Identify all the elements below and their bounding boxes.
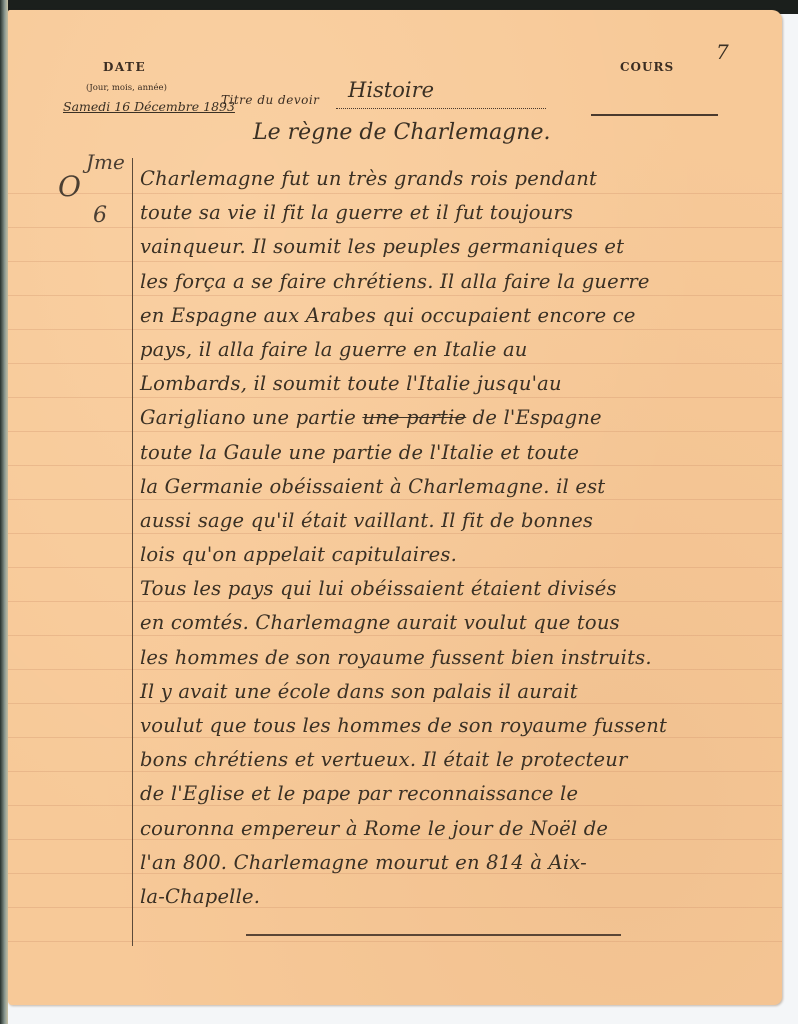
essay-line: aussi sage qu'il était vaillant. Il fit … [140,504,780,538]
essay-line: la Germanie obéissaient à Charlemagne. i… [140,470,780,504]
grade-rank: Jme [86,150,125,174]
essay-line: la-Chapelle. [140,880,780,914]
margin-line [132,158,133,946]
essay-line: Tous les pays qui lui obéissaient étaien… [140,572,780,606]
title-underline [336,108,546,109]
essay-body: Charlemagne fut un très grands rois pend… [140,162,780,914]
essay-line: couronna empereur à Rome le jour de Noël… [140,812,780,846]
date-value: Samedi 16 Décembre 1893 [63,99,235,114]
title-value: Histoire [348,78,434,102]
essay-line: vainqueur. Il soumit les peuples germani… [140,230,780,264]
page-number: 7 [716,40,729,64]
scanner-left-edge [0,0,8,1024]
notebook-page: DATE (Jour, mois, année) Samedi 16 Décem… [8,10,782,1005]
text-after: de l'Espagne [466,406,602,429]
essay-line: lois qu'on appelait capitulaires. [140,538,780,572]
essay-line: voulut que tous les hommes de son royaum… [140,709,780,743]
essay-line: de l'Eglise et le pape par reconnaissanc… [140,777,780,811]
essay-line: Charlemagne fut un très grands rois pend… [140,162,780,196]
title-label: Titre du devoir [221,93,319,107]
date-sublabel: (Jour, mois, année) [86,83,167,93]
essay-line: en Espagne aux Arabes qui occupaient enc… [140,299,780,333]
essay-line: Lombards, il soumit toute l'Italie jusqu… [140,367,780,401]
essay-line: les hommes de son royaume fussent bien i… [140,641,780,675]
essay-line: toute sa vie il fit la guerre et il fut … [140,196,780,230]
date-label: DATE [103,60,146,74]
end-of-essay-rule [246,934,621,936]
essay-line: Il y avait une école dans son palais il … [140,675,780,709]
course-underline [591,114,718,116]
essay-line: en comtés. Charlemagne aurait voulut que… [140,606,780,640]
essay-line-with-correction: Garigliano une partie une partie de l'Es… [140,401,780,435]
grade-score: 6 [93,203,107,228]
essay-line: bons chrétiens et vertueux. Il était le … [140,743,780,777]
essay-line: les força a se faire chrétiens. Il alla … [140,265,780,299]
course-label: COURS [620,60,674,74]
essay-line: l'an 800. Charlemagne mourut en 814 à Ai… [140,846,780,880]
essay-line: toute la Gaule une partie de l'Italie et… [140,436,780,470]
grade-mark: O [58,170,81,203]
essay-title: Le règne de Charlemagne. [253,120,550,145]
text-before: Garigliano une partie [140,406,362,429]
essay-line: pays, il alla faire la guerre en Italie … [140,333,780,367]
struck-text: une partie [362,406,466,429]
